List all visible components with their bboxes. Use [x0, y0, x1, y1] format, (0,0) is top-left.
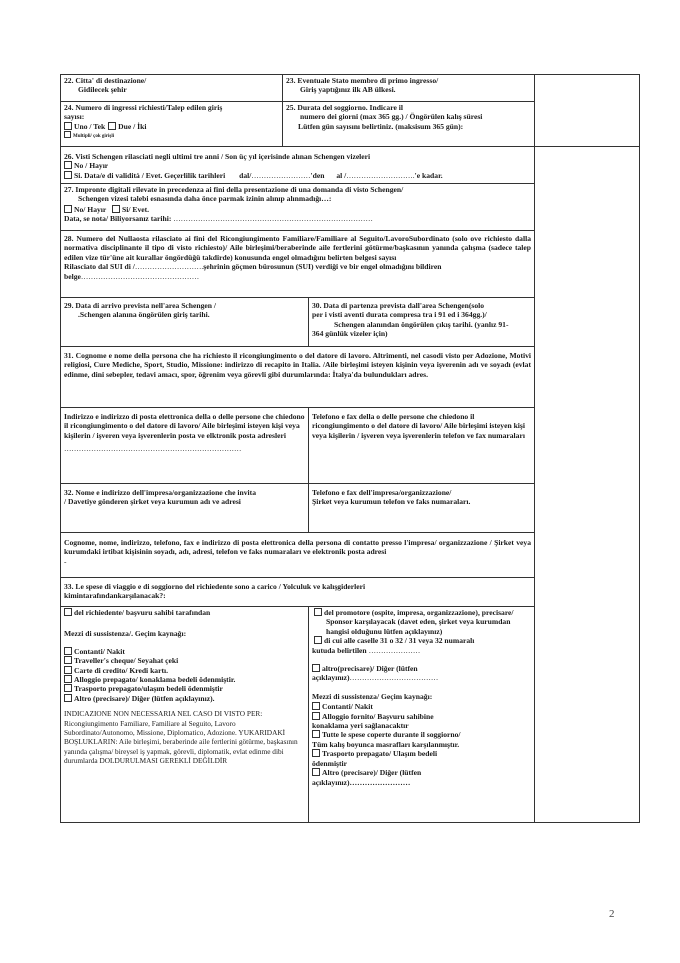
- valid-from-field[interactable]: ……………………: [251, 171, 310, 180]
- field-26-previous-schengen-visas: 26. Visti Schengen rilasciati negli ulti…: [60, 146, 535, 184]
- checkbox-sponsor-means[interactable]: [312, 749, 320, 757]
- applicant-means-option: Trasporto prepagato/ulaşım bedeli ödenmi…: [64, 684, 305, 693]
- sponsor-means-label: Mezzi di sussistenza/ Geçim kaynağı:: [312, 692, 531, 701]
- sponsor-other-rest: açıklayınız): [312, 673, 350, 682]
- checkbox-multipli[interactable]: [64, 131, 71, 138]
- field-30-label: 30. Data di partenza prevista dall'area …: [312, 301, 531, 310]
- contact-person-field: -: [64, 557, 531, 566]
- kadar-label: 'e kadar.: [415, 171, 443, 180]
- applicant-means-label: Traveller's cheque/ Seyahat çeki: [74, 656, 178, 665]
- checkbox-26-no[interactable]: [64, 161, 72, 169]
- checkbox-uno[interactable]: [64, 122, 72, 130]
- field-30-label-4: 364 günlük vizeler için): [312, 329, 531, 338]
- field-25-label: 25. Durata del soggiorno. Indicare il: [286, 103, 531, 112]
- checkbox-sponsor-means[interactable]: [312, 702, 320, 710]
- option-27-si-label: Si/ Evet.: [122, 205, 149, 214]
- field-29-label: 29. Data di arrivo prevista nell'area Sc…: [64, 301, 305, 310]
- field-24-label-2: sayısı:: [64, 112, 279, 121]
- sponsor-means-label-cont: açıklayınız)……………………: [312, 778, 531, 787]
- sui-city-field[interactable]: ……………………….: [135, 262, 203, 271]
- right-margin-top-cell: [534, 74, 640, 147]
- checkbox-applicant-means[interactable]: [64, 656, 72, 664]
- sponsor-means-label: Alloggio fornito/ Başvuru sahibine: [322, 712, 434, 721]
- field-32-label-tr: / Davetiye gönderen şirket veya kurumun …: [64, 497, 305, 506]
- applicant-means-option: Carte di credito/ Kredi kartı.: [64, 666, 305, 675]
- checkbox-26-si[interactable]: [64, 171, 72, 179]
- box-31-32-label: di cui alle caselle 31 o 32 / 31 veya 32…: [324, 636, 474, 645]
- field-31-label: 31. Cognome e nome della persona che ha …: [64, 351, 531, 379]
- address-email-label: Indirizzo e indirizzo di posta elettroni…: [64, 412, 305, 440]
- field-33-label-tr: kimintarafındankarşılanacak?:: [64, 591, 531, 600]
- field-23-first-entry-state[interactable]: 23. Eventuale Stato membro di primo ingr…: [282, 74, 535, 102]
- den-label: 'den: [311, 171, 325, 180]
- means-of-support-label: Mezzi di sussistenza/. Geçim kaynağı:: [64, 629, 305, 638]
- sponsor-means-option: Altro (precisare)/ Diğer (lütfenaçıklayı…: [312, 768, 531, 787]
- checkbox-due[interactable]: [108, 122, 116, 130]
- applicant-means-label: Carte di credito/ Kredi kartı.: [74, 666, 168, 675]
- field-30-label-3: Schengen alanından öngörülen çıkış tarih…: [312, 320, 531, 329]
- checkbox-by-sponsor[interactable]: [314, 608, 322, 616]
- sponsor-means-option: Trasporto prepagato/ Ulaşım bedeliödenmi…: [312, 749, 531, 768]
- applicant-means-option: Contanti/ Nakit: [64, 647, 305, 656]
- checkbox-applicant-means[interactable]: [64, 694, 72, 702]
- sponsor-means-label: Altro (precisare)/ Diğer (lütfen: [322, 768, 421, 777]
- box-31-32-field[interactable]: …………………: [369, 646, 421, 655]
- phone-fax-label: Telefono e fax della o delle persone che…: [312, 412, 531, 440]
- dal-label: dal/: [239, 171, 251, 180]
- box-31-32-rest: kutuda belirtilen: [312, 646, 367, 655]
- field-28-nullaosta-number: 28. Numero del Nullaosta rilasciato ai f…: [60, 230, 535, 298]
- belge-number-field[interactable]: …………………………………………: [81, 272, 199, 281]
- valid-to-field[interactable]: ……………………….: [346, 171, 414, 180]
- checkbox-27-si[interactable]: [112, 205, 120, 213]
- sponsor-other-label: altro(precisare)/ Diğer (lütfen: [322, 664, 418, 673]
- field-26-label: 26. Visti Schengen rilasciati negli ulti…: [64, 152, 531, 161]
- checkbox-sponsor-means[interactable]: [312, 712, 320, 720]
- not-required-note: INDICAZIONE NON NECESSARIA NEL CASO DI V…: [64, 709, 305, 765]
- checkbox-sponsor-other[interactable]: [312, 664, 320, 672]
- field-24-number-of-entries: 24. Numero di ingressi richiesti/Talep e…: [60, 101, 283, 147]
- option-26-no-label: No / Hayır: [74, 161, 108, 170]
- sponsor-means-label: Tutte le spese coperte durante il soggio…: [322, 730, 461, 739]
- field-25-label-2: numero dei giorni (max 365 gg.) / Öngörü…: [286, 112, 531, 121]
- field-27-label: 27. Impronte digitali rilevate in preced…: [64, 185, 531, 194]
- field-31-phone-fax[interactable]: Telefono e fax della o delle persone che…: [308, 407, 535, 484]
- applicant-means-option: Altro (precisare)/ Diğer (lütfen açıklay…: [64, 694, 305, 703]
- company-phone-label-tr: Şirket veya kurumun telefon ve faks numa…: [312, 497, 531, 506]
- field-33-expenses-header: 33. Le spese di viaggio e di soggiorno d…: [60, 577, 535, 607]
- field-27-label-tr: Schengen vizesi talebi esnasında daha ön…: [64, 194, 531, 203]
- checkbox-applicant-means[interactable]: [64, 684, 72, 692]
- checkbox-box-31-32[interactable]: [314, 636, 322, 644]
- sponsor-means-label-cont: konaklama yeri sağlanacaktır: [312, 721, 531, 730]
- field-22-destination-city[interactable]: 22. Citta' di destinazione/ Gidilecek şe…: [60, 74, 283, 102]
- checkbox-applicant-means[interactable]: [64, 666, 72, 674]
- field-32-label: 32. Nome e indirizzo dell'impresa/organi…: [64, 488, 305, 497]
- sponsor-means-list: Contanti/ NakitAlloggio fornito/ Başvuru…: [312, 702, 531, 787]
- sui-label: Rilasciato dal SUI di /: [64, 262, 135, 271]
- field-30-label-2: per i visti aventi durata compresa tra i…: [312, 310, 531, 319]
- field-33-label: 33. Le spese di viaggio e di soggiorno d…: [64, 582, 531, 591]
- company-phone-label: Telefono e fax dell'impresa/organizzazio…: [312, 488, 531, 497]
- field-32-inviting-company[interactable]: 32. Nome e indirizzo dell'impresa/organi…: [60, 483, 309, 533]
- address-email-field[interactable]: ………………………………………………………………: [64, 444, 305, 453]
- option-uno-label: Uno / Tek: [74, 122, 105, 131]
- al-label: al /: [336, 171, 346, 180]
- option-multipli-label: Multipli/ çok girişli: [73, 134, 114, 139]
- field-23-label-tr: Giriş yaptığınız ilk AB ülkesi.: [286, 85, 531, 94]
- sponsor-other-field[interactable]: ………………………………: [350, 673, 439, 682]
- checkbox-by-applicant[interactable]: [64, 608, 72, 616]
- by-applicant-label: del richiedente/ başvuru sahibi tarafınd…: [74, 608, 210, 617]
- applicant-means-label: Altro (precisare)/ Diğer (lütfen açıklay…: [74, 694, 215, 703]
- fingerprint-date-field[interactable]: ………………………………………………………………………: [173, 214, 373, 223]
- sponsor-means-label-cont: ödenmiştir: [312, 759, 531, 768]
- field-22-label-tr: Gidilecek şehir: [64, 85, 279, 94]
- sui-rest-label: şehrinin göçmen bürosunun (SUI) verdiği …: [203, 262, 441, 271]
- applicant-means-option: Traveller's cheque/ Seyahat çeki: [64, 656, 305, 665]
- right-margin-office-use-cell: [534, 146, 640, 823]
- applicant-means-label: Alloggio prepagato/ konaklama bedeli öde…: [74, 675, 235, 684]
- sponsor-means-label: Contanti/ Nakit: [322, 702, 373, 711]
- by-sponsor-label: del promotore (ospite, impresa, organizz…: [324, 608, 514, 636]
- checkbox-27-no[interactable]: [64, 205, 72, 213]
- checkbox-sponsor-means[interactable]: [312, 730, 320, 738]
- field-22-label: 22. Citta' di destinazione/: [64, 76, 279, 85]
- option-due-label: Due / İki: [118, 122, 146, 131]
- sponsor-means-option: Tutte le spese coperte durante il soggio…: [312, 730, 531, 749]
- field-30-departure-date[interactable]: 30. Data di partenza prevista dall'area …: [308, 297, 535, 347]
- applicant-means-option: Alloggio prepagato/ konaklama bedeli öde…: [64, 675, 305, 684]
- field-25-label-3: Lütfen gün sayısını belirtiniz. (maksisu…: [286, 122, 531, 131]
- checkbox-applicant-means[interactable]: [64, 675, 72, 683]
- field-28-label: 28. Numero del Nullaosta rilasciato ai f…: [64, 234, 531, 262]
- expenses-by-sponsor: del promotore (ospite, impresa, organizz…: [308, 606, 535, 823]
- sponsor-means-label: Trasporto prepagato/ Ulaşım bedeli: [322, 749, 437, 758]
- sponsor-means-option: Contanti/ Nakit: [312, 702, 531, 711]
- option-26-si-label: Si. Data/e di validità / Evet. Geçerlili…: [74, 171, 225, 180]
- field-32-company-phone-fax[interactable]: Telefono e fax dell'impresa/organizzazio…: [308, 483, 535, 533]
- field-29-label-tr: .Schengen alanına öngörülen giriş tarihi…: [64, 310, 305, 319]
- field-24-label: 24. Numero di ingressi richiesti/Talep e…: [64, 103, 279, 112]
- field-31-inviting-person[interactable]: 31. Cognome e nome della persona che ha …: [60, 346, 535, 408]
- option-27-no-label: No/ Hayır: [74, 205, 106, 214]
- contact-person-label: Cognome, nome, indirizzo, telefono, fax …: [64, 538, 531, 557]
- applicant-means-list: Contanti/ NakitTraveller's cheque/ Seyah…: [64, 647, 305, 703]
- field-29-arrival-date[interactable]: 29. Data di arrivo prevista nell'area Sc…: [60, 297, 309, 347]
- field-contact-person[interactable]: Cognome, nome, indirizzo, telefono, fax …: [60, 532, 535, 578]
- expenses-by-applicant: del richiedente/ başvuru sahibi tarafınd…: [60, 606, 309, 823]
- fingerprint-date-label: Data, se nota/ Biliyorsanız tarihi:: [64, 214, 171, 223]
- checkbox-sponsor-means[interactable]: [312, 768, 320, 776]
- field-23-label: 23. Eventuale Stato membro di primo ingr…: [286, 76, 531, 85]
- sponsor-means-option: Alloggio fornito/ Başvuru sahibinekonakl…: [312, 712, 531, 731]
- checkbox-applicant-means[interactable]: [64, 647, 72, 655]
- field-31-address-email[interactable]: Indirizzo e indirizzo di posta elettroni…: [60, 407, 309, 484]
- sponsor-means-label-cont: Tüm kalış boyunca masrafları karşılanmış…: [312, 740, 531, 749]
- page-number: 2: [609, 908, 615, 920]
- field-25-duration-of-stay[interactable]: 25. Durata del soggiorno. Indicare il nu…: [282, 101, 535, 147]
- applicant-means-label: Trasporto prepagato/ulaşım bedeli ödenmi…: [74, 684, 223, 693]
- applicant-means-label: Contanti/ Nakit: [74, 647, 125, 656]
- field-27-fingerprints: 27. Impronte digitali rilevate in preced…: [60, 183, 535, 231]
- belge-label: belge: [64, 272, 81, 281]
